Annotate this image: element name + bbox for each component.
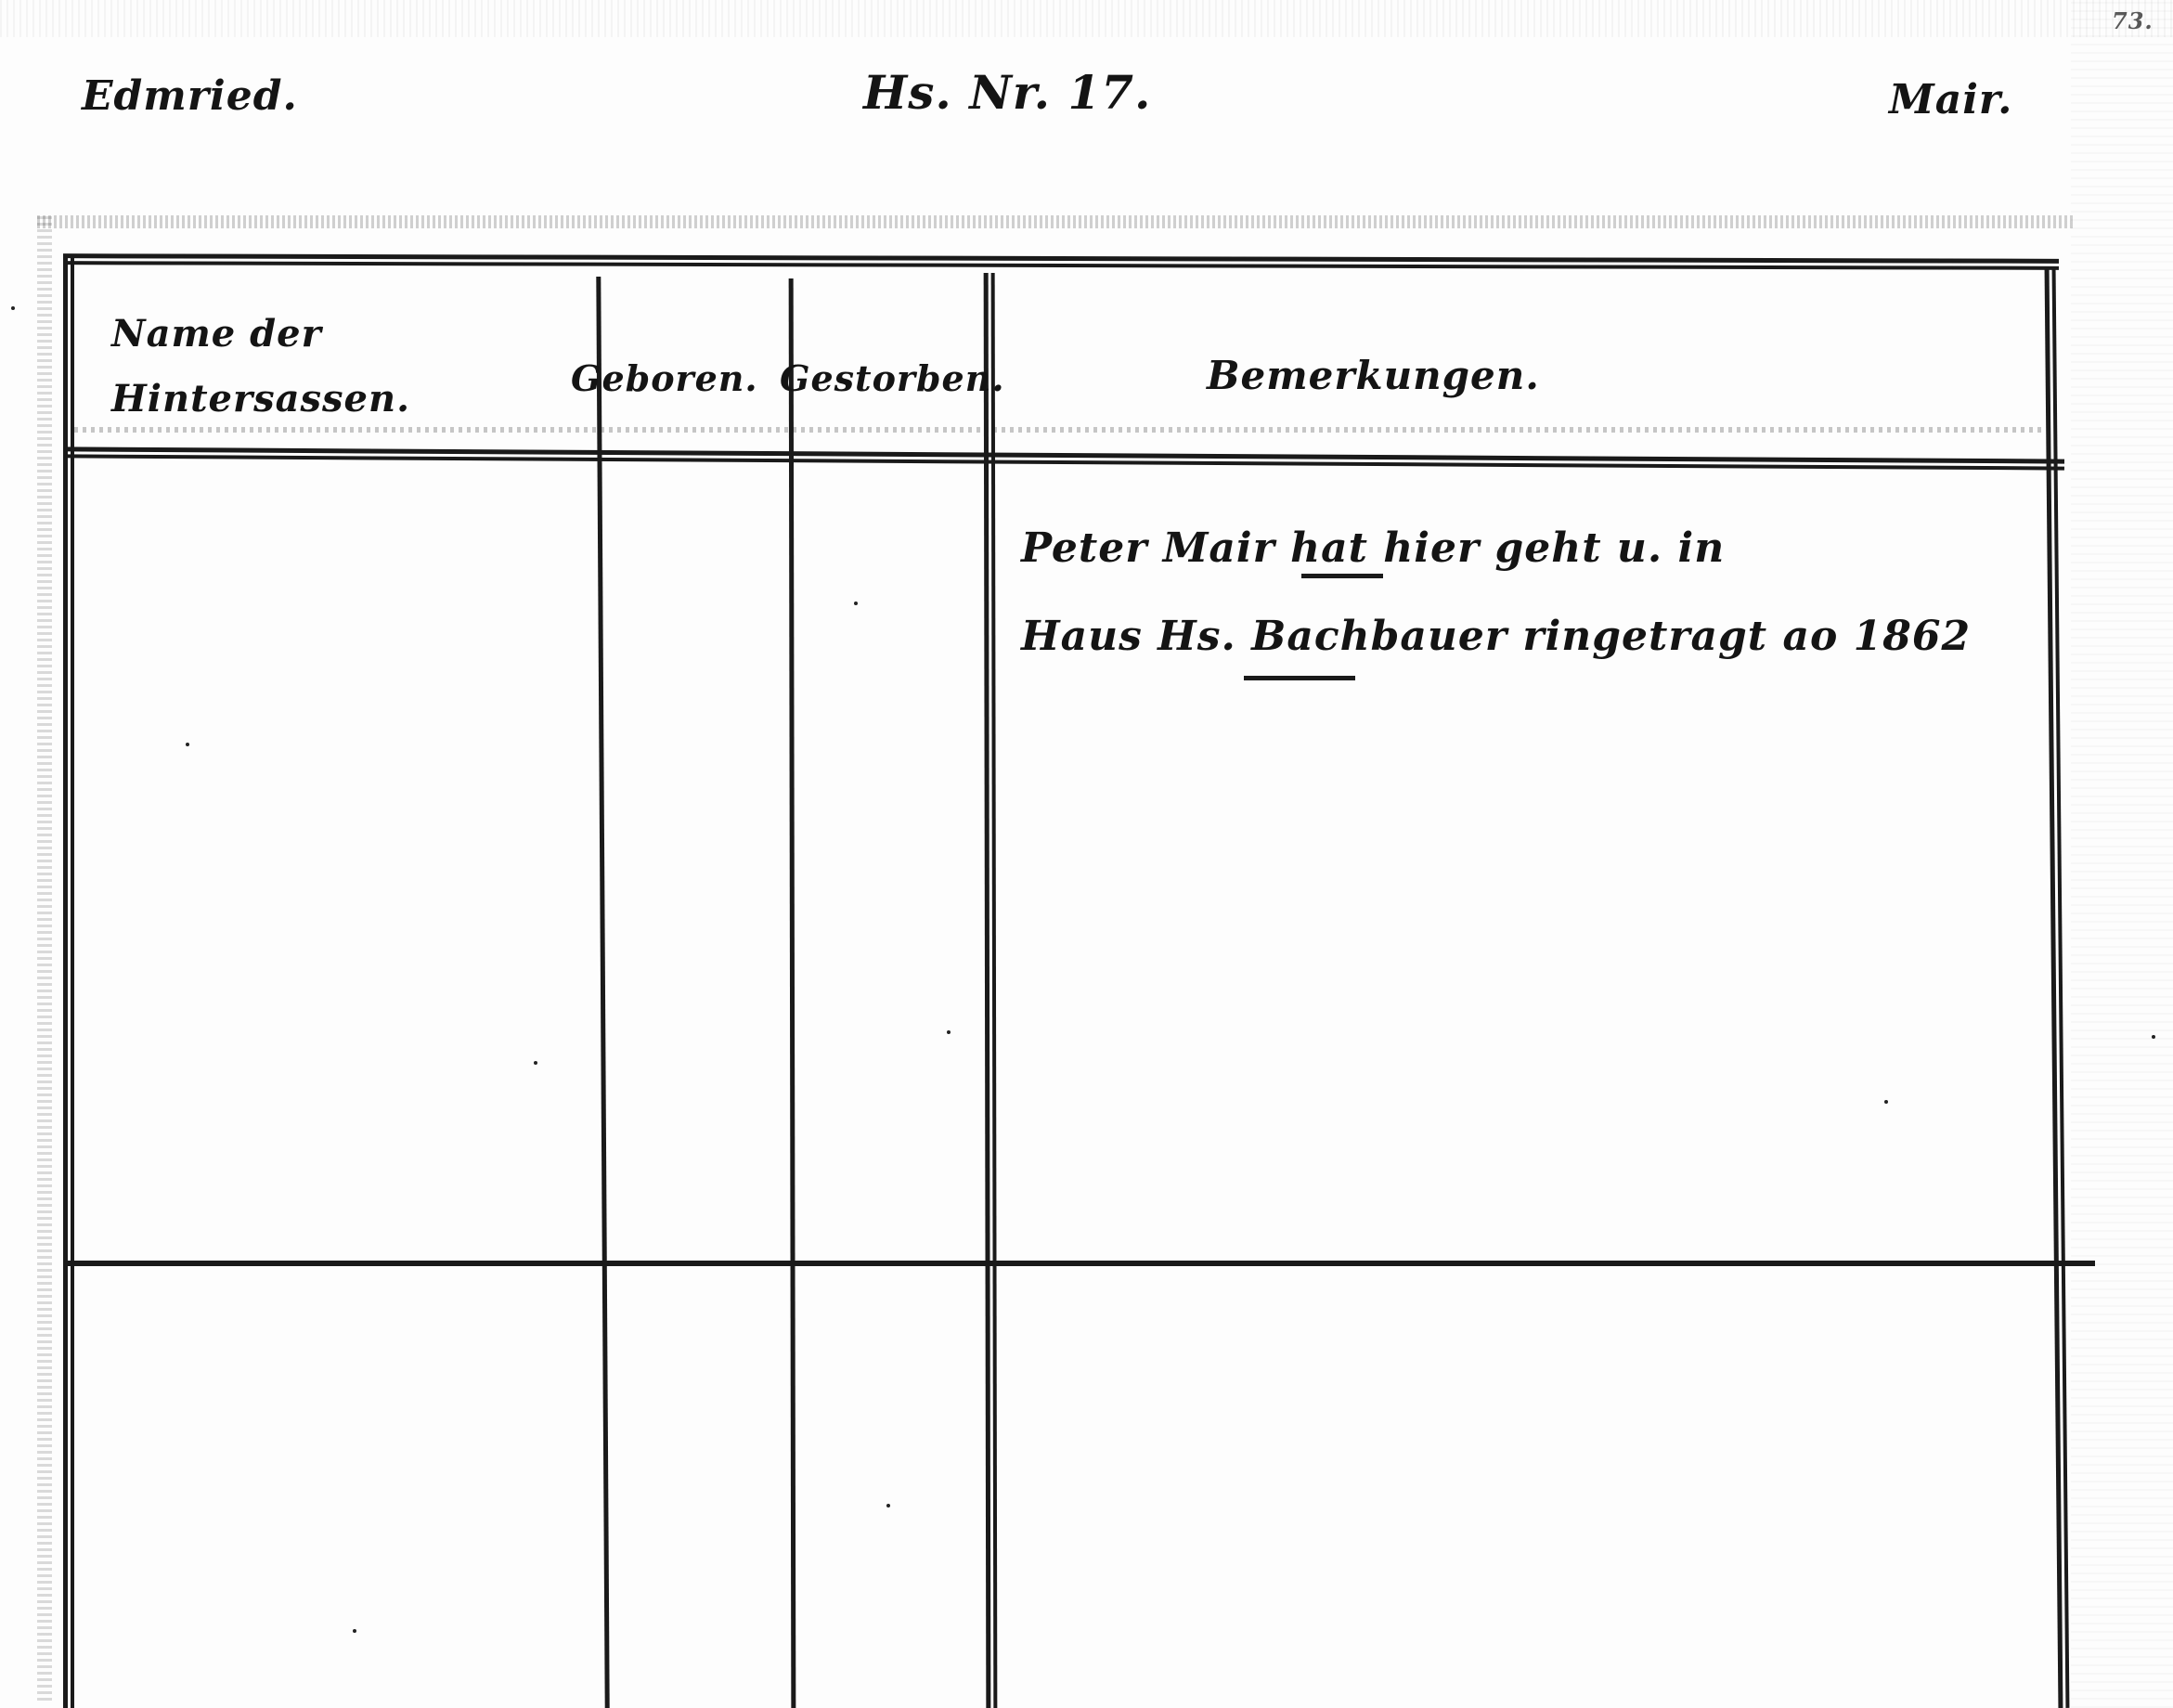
header-place-name: Edmried. — [82, 72, 298, 120]
table-left-border — [63, 256, 74, 1708]
remark-line: Haus Hs. Bachbauer ringetragt ao 1862 — [1021, 613, 1971, 660]
table-shadow-top — [37, 215, 2075, 228]
page-number: 73. — [2112, 7, 2154, 34]
column-header-name-line2: Hintersassen. — [111, 367, 410, 432]
table-shadow-left — [37, 215, 52, 1701]
column-header-born: Geboren. — [571, 357, 758, 399]
scan-speck — [854, 602, 858, 605]
scan-speck — [2152, 1035, 2155, 1039]
scan-noise-top — [0, 0, 2173, 37]
remark-line: Peter Mair hat hier geht u. in — [1021, 524, 1725, 572]
column-divider-died-remarks — [984, 273, 998, 1708]
header-house-number: Hs. Nr. 17. — [863, 65, 1151, 120]
header-bottom-border — [67, 446, 2064, 470]
register-page: 73. Edmried. Hs. Nr. 17. Mair. Name der … — [0, 0, 2173, 1708]
column-divider-name-born — [596, 277, 609, 1708]
scan-speck — [353, 1629, 356, 1633]
table-top-border — [63, 253, 2059, 270]
scan-speck — [1884, 1100, 1888, 1104]
column-header-remarks: Bemerkungen. — [1207, 353, 1540, 398]
scan-speck — [11, 306, 15, 310]
scan-speck — [186, 743, 189, 746]
table-right-border — [2045, 269, 2070, 1708]
remark-underline — [1244, 676, 1355, 680]
remark-underline — [1301, 574, 1383, 578]
column-header-name-line1: Name der — [111, 302, 410, 367]
scan-speck — [947, 1030, 951, 1034]
column-header-name: Name der Hintersassen. — [111, 302, 410, 432]
column-divider-born-died — [789, 278, 796, 1708]
scan-speck — [534, 1061, 537, 1065]
scan-noise-right — [2071, 0, 2173, 1708]
header-family-name: Mair. — [1889, 76, 2012, 123]
column-header-died: Gestorben. — [780, 357, 1005, 399]
scan-speck — [886, 1504, 890, 1507]
row-divider — [67, 1261, 2095, 1266]
